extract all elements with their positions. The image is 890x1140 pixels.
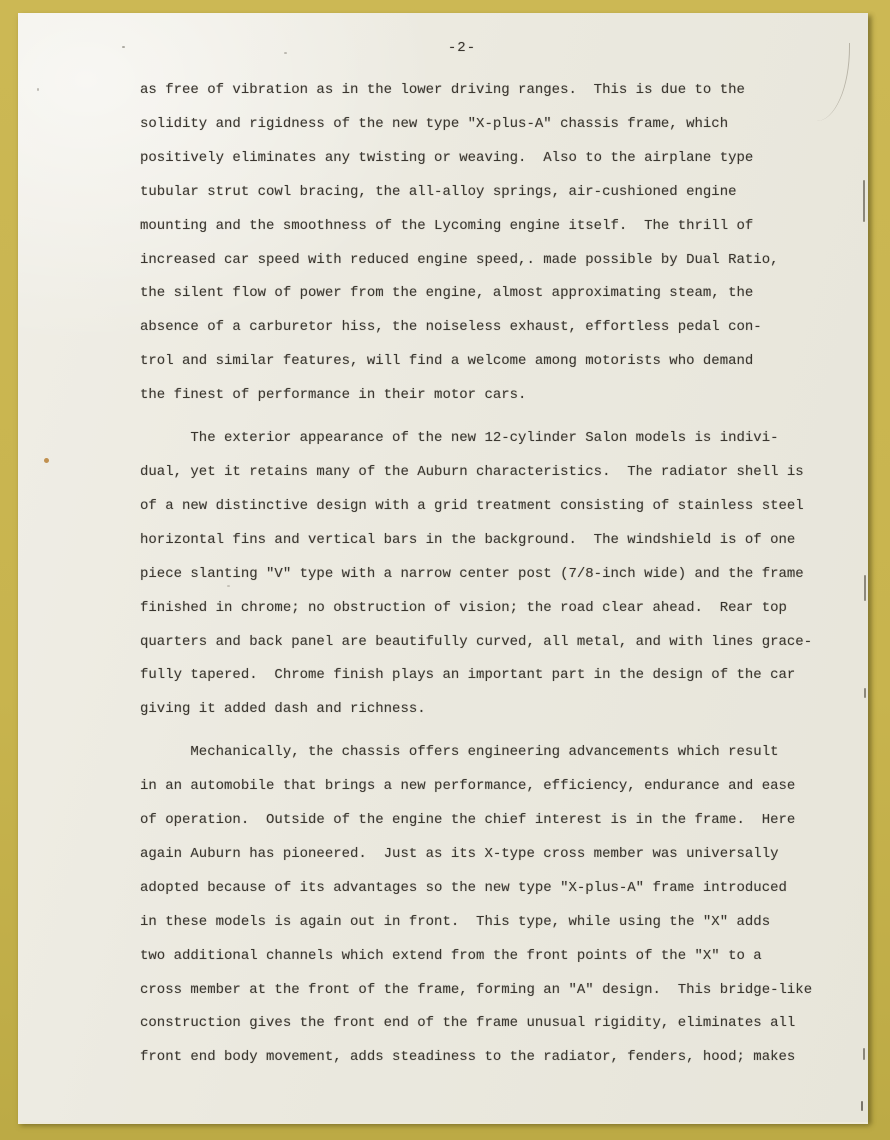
text-line: two additional channels which extend fro… (140, 940, 866, 974)
text-line: solidity and rigidness of the new type "… (140, 108, 866, 142)
dust-speck (37, 88, 39, 91)
dust-speck (122, 46, 125, 48)
text-line: dual, yet it retains many of the Auburn … (140, 456, 866, 490)
edge-tear-mark (861, 1101, 863, 1111)
rust-speck (44, 458, 49, 463)
scanned-document-view: { "page": { "page_number": "-2-", "lines… (0, 0, 890, 1140)
text-line: The exterior appearance of the new 12-cy… (140, 422, 866, 456)
text-line: absence of a carburetor hiss, the noisel… (140, 311, 866, 345)
dust-speck (227, 585, 230, 587)
yellow-mat-background: -2- as free of vibration as in the lower… (0, 0, 890, 1140)
edge-tear-mark (864, 688, 866, 698)
text-line: finished in chrome; no obstruction of vi… (140, 592, 866, 626)
edge-tear-mark (863, 1048, 865, 1060)
text-line: increased car speed with reduced engine … (140, 244, 866, 278)
text-line: adopted because of its advantages so the… (140, 872, 866, 906)
text-line: construction gives the front end of the … (140, 1007, 866, 1041)
text-line: as free of vibration as in the lower dri… (140, 74, 866, 108)
page-number: -2- (18, 40, 868, 56)
text-line: in an automobile that brings a new perfo… (140, 770, 866, 804)
paragraph: as free of vibration as in the lower dri… (140, 74, 866, 413)
edge-tear-mark (863, 180, 865, 222)
text-line: tubular strut cowl bracing, the all-allo… (140, 176, 866, 210)
text-line: horizontal fins and vertical bars in the… (140, 524, 866, 558)
text-line: Mechanically, the chassis offers enginee… (140, 736, 866, 770)
text-line: positively eliminates any twisting or we… (140, 142, 866, 176)
text-line: mounting and the smoothness of the Lycom… (140, 210, 866, 244)
text-line: the silent flow of power from the engine… (140, 277, 866, 311)
text-line: in these models is again out in front. T… (140, 906, 866, 940)
paragraph: The exterior appearance of the new 12-cy… (140, 422, 866, 727)
text-line: quarters and back panel are beautifully … (140, 626, 866, 660)
text-line: of a new distinctive design with a grid … (140, 490, 866, 524)
text-line: giving it added dash and richness. (140, 693, 866, 727)
text-line: piece slanting "V" type with a narrow ce… (140, 558, 866, 592)
paper-sheet: -2- as free of vibration as in the lower… (18, 13, 868, 1122)
text-line: the finest of performance in their motor… (140, 379, 866, 413)
text-line: of operation. Outside of the engine the … (140, 804, 866, 838)
text-line: fully tapered. Chrome finish plays an im… (140, 659, 866, 693)
text-line: again Auburn has pioneered. Just as its … (140, 838, 866, 872)
paragraph: Mechanically, the chassis offers enginee… (140, 736, 866, 1075)
text-line: trol and similar features, will find a w… (140, 345, 866, 379)
dust-speck (284, 52, 287, 54)
typed-text-body: as free of vibration as in the lower dri… (140, 74, 866, 1075)
text-line: cross member at the front of the frame, … (140, 974, 866, 1008)
text-line: front end body movement, adds steadiness… (140, 1041, 866, 1075)
edge-tear-mark (864, 575, 866, 601)
